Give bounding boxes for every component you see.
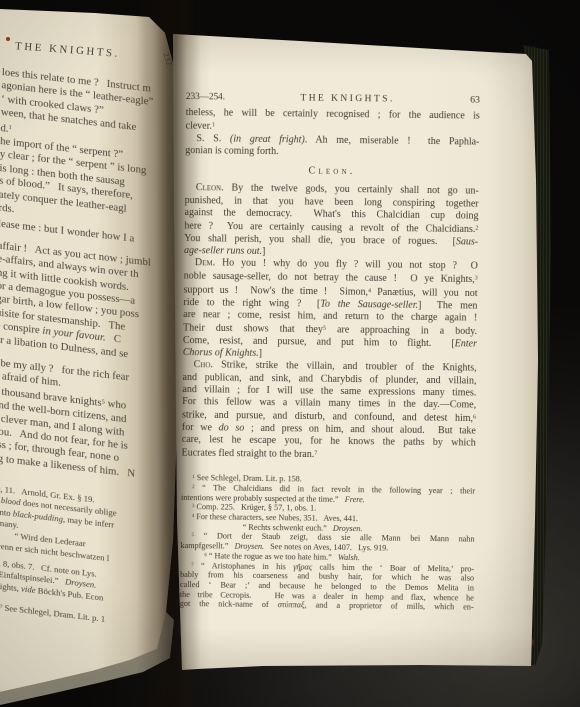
- gutter-shadow: [137, 0, 201, 707]
- book-photo: THE KNIGHTS. 232. loes this relate to me…: [0, 0, 580, 707]
- right-page-shading: [170, 28, 540, 673]
- red-speck: [6, 37, 10, 41]
